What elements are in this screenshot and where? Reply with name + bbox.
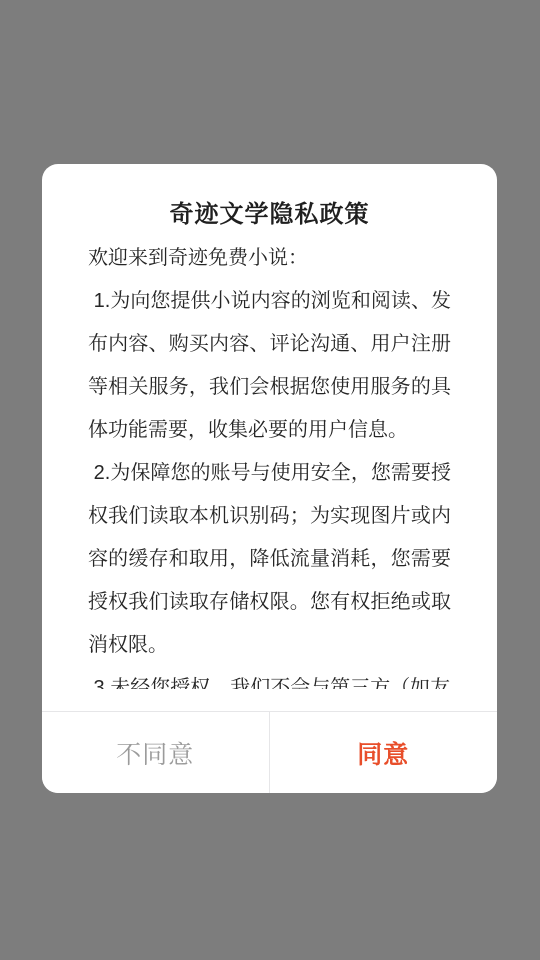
dialog-title: 奇迹文学隐私政策 (42, 200, 497, 230)
dialog-button-row: 不同意 同意 (42, 711, 497, 793)
policy-paragraph: 欢迎来到奇迹免费小说： (88, 237, 451, 280)
agree-button[interactable]: 同意 (270, 712, 498, 793)
modal-backdrop: 奇迹文学隐私政策 欢迎来到奇迹免费小说： 1.为向您提供小说内容的浏览和阅读、发… (0, 0, 540, 960)
privacy-policy-dialog: 奇迹文学隐私政策 欢迎来到奇迹免费小说： 1.为向您提供小说内容的浏览和阅读、发… (42, 164, 497, 793)
policy-paragraph: 3.未经您授权，我们不会与第三方（如友 (88, 667, 451, 689)
policy-text-scroll-area[interactable]: 欢迎来到奇迹免费小说： 1.为向您提供小说内容的浏览和阅读、发布内容、购买内容、… (42, 237, 497, 689)
policy-paragraph: 1.为向您提供小说内容的浏览和阅读、发布内容、购买内容、评论沟通、用户注册等相关… (88, 280, 451, 452)
policy-paragraph: 2.为保障您的账号与使用安全，您需要授权我们读取本机识别码；为实现图片或内容的缓… (88, 452, 451, 667)
disagree-button[interactable]: 不同意 (42, 712, 270, 793)
